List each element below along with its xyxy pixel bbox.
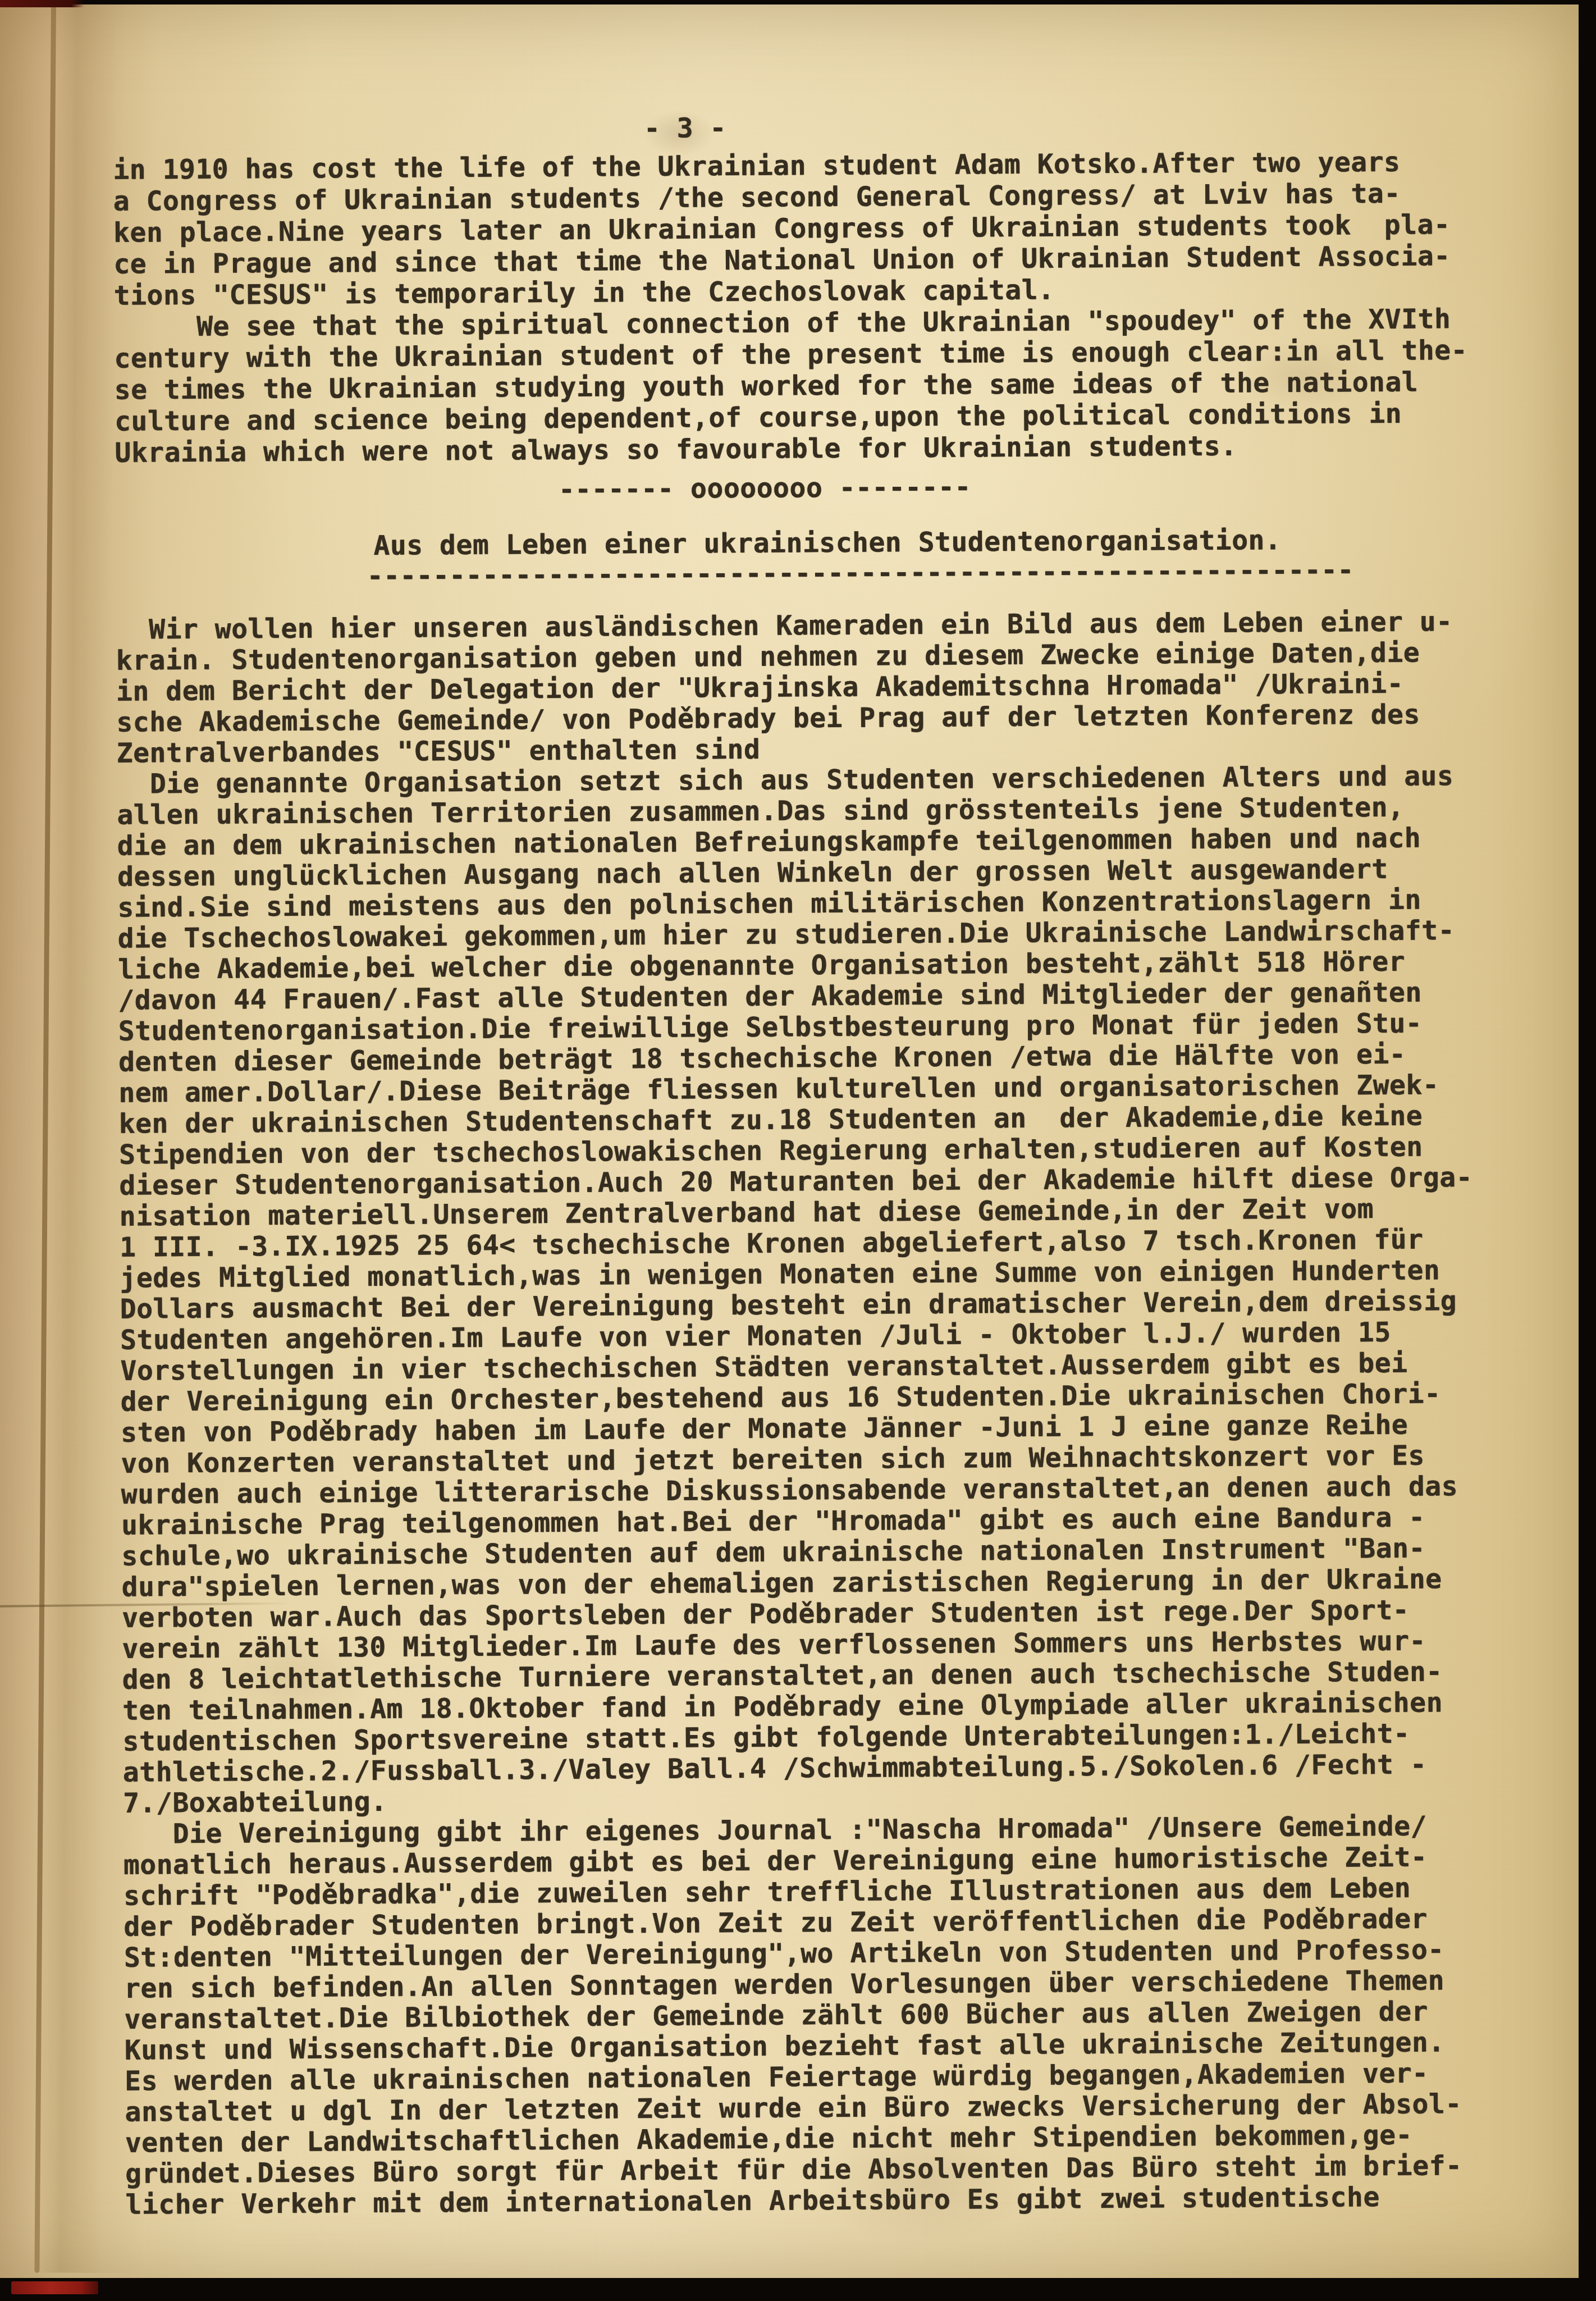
section-separator: ------- oooooooo --------	[559, 471, 971, 505]
english-paragraph-2: We see that the spiritual connection of …	[114, 303, 1468, 469]
german-body-text: Wir wollen hier unseren ausländischen Ka…	[116, 606, 1479, 2221]
typewritten-text-layer: - 3 - in 1910 has cost the life of the U…	[0, 0, 1596, 2301]
english-paragraph-1: in 1910 has cost the life of the Ukraini…	[113, 146, 1451, 312]
page-number: - 3 -	[644, 112, 726, 144]
german-section-title-underline: ----------------------------------------…	[367, 554, 1354, 592]
scanned-document-page: - 3 - in 1910 has cost the life of the U…	[0, 0, 1596, 2301]
